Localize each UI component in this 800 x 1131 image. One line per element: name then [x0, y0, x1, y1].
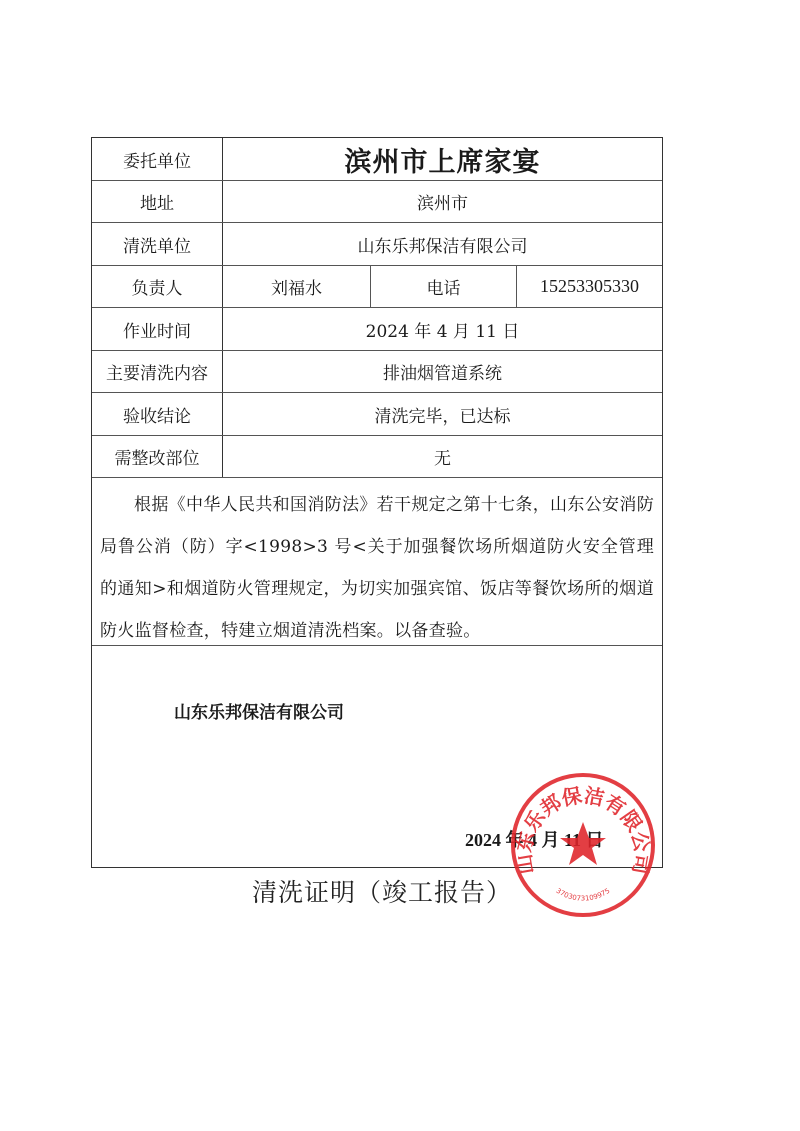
row-label: 清洗单位: [92, 223, 223, 265]
certificate-table: 委托单位 滨州市上席家宴 地址 滨州市 清洗单位 山东乐邦保洁有限公司 负责人 …: [91, 137, 663, 868]
phone-value: 15253305330: [517, 266, 662, 307]
row-label: 主要清洗内容: [92, 351, 223, 392]
row-work-date: 作业时间 2024 年 4 月 11 日: [92, 308, 662, 351]
row-label: 委托单位: [92, 138, 223, 180]
document-title: 清洗证明（竣工报告）: [252, 873, 512, 909]
content-value: 排油烟管道系统: [223, 351, 662, 392]
rectification-value: 无: [223, 436, 662, 477]
signature-date: 2024 年 4 月 11 日: [465, 826, 604, 852]
phone-label: 电话: [371, 266, 517, 307]
signature-company: 山东乐邦保洁有限公司: [174, 698, 344, 723]
row-label: 需整改部位: [92, 436, 223, 477]
svg-text:3703073109975: 3703073109975: [555, 887, 612, 903]
row-cleaning-company: 清洗单位 山东乐邦保洁有限公司: [92, 223, 662, 266]
client-name: 滨州市上席家宴: [223, 138, 662, 180]
row-label: 负责人: [92, 266, 223, 307]
row-conclusion: 验收结论 清洗完毕，已达标: [92, 393, 662, 436]
conclusion-value: 清洗完毕，已达标: [223, 393, 662, 435]
document-page: 委托单位 滨州市上席家宴 地址 滨州市 清洗单位 山东乐邦保洁有限公司 负责人 …: [0, 0, 800, 1131]
cleaning-company-value: 山东乐邦保洁有限公司: [223, 223, 662, 265]
statement-paragraph: 根据《中华人民共和国消防法》若干规定之第十七条，山东公安消防局鲁公消（防）字<1…: [92, 478, 662, 646]
row-responsible: 负责人 刘福水 电话 15253305330: [92, 266, 662, 308]
row-address: 地址 滨州市: [92, 181, 662, 223]
row-label: 地址: [92, 181, 223, 222]
row-rectification: 需整改部位 无: [92, 436, 662, 478]
signature-area: 山东乐邦保洁有限公司 2024 年 4 月 11 日: [92, 646, 662, 867]
work-date-value: 2024 年 4 月 11 日: [223, 308, 662, 350]
address-value: 滨州市: [223, 181, 662, 222]
responsible-person: 刘福水: [223, 266, 371, 307]
row-label: 验收结论: [92, 393, 223, 435]
row-label: 作业时间: [92, 308, 223, 350]
row-content: 主要清洗内容 排油烟管道系统: [92, 351, 662, 393]
statement-text: 根据《中华人民共和国消防法》若干规定之第十七条，山东公安消防局鲁公消（防）字<1…: [100, 484, 654, 652]
seal-code: 3703073109975: [555, 887, 612, 903]
row-client: 委托单位 滨州市上席家宴: [92, 138, 662, 181]
